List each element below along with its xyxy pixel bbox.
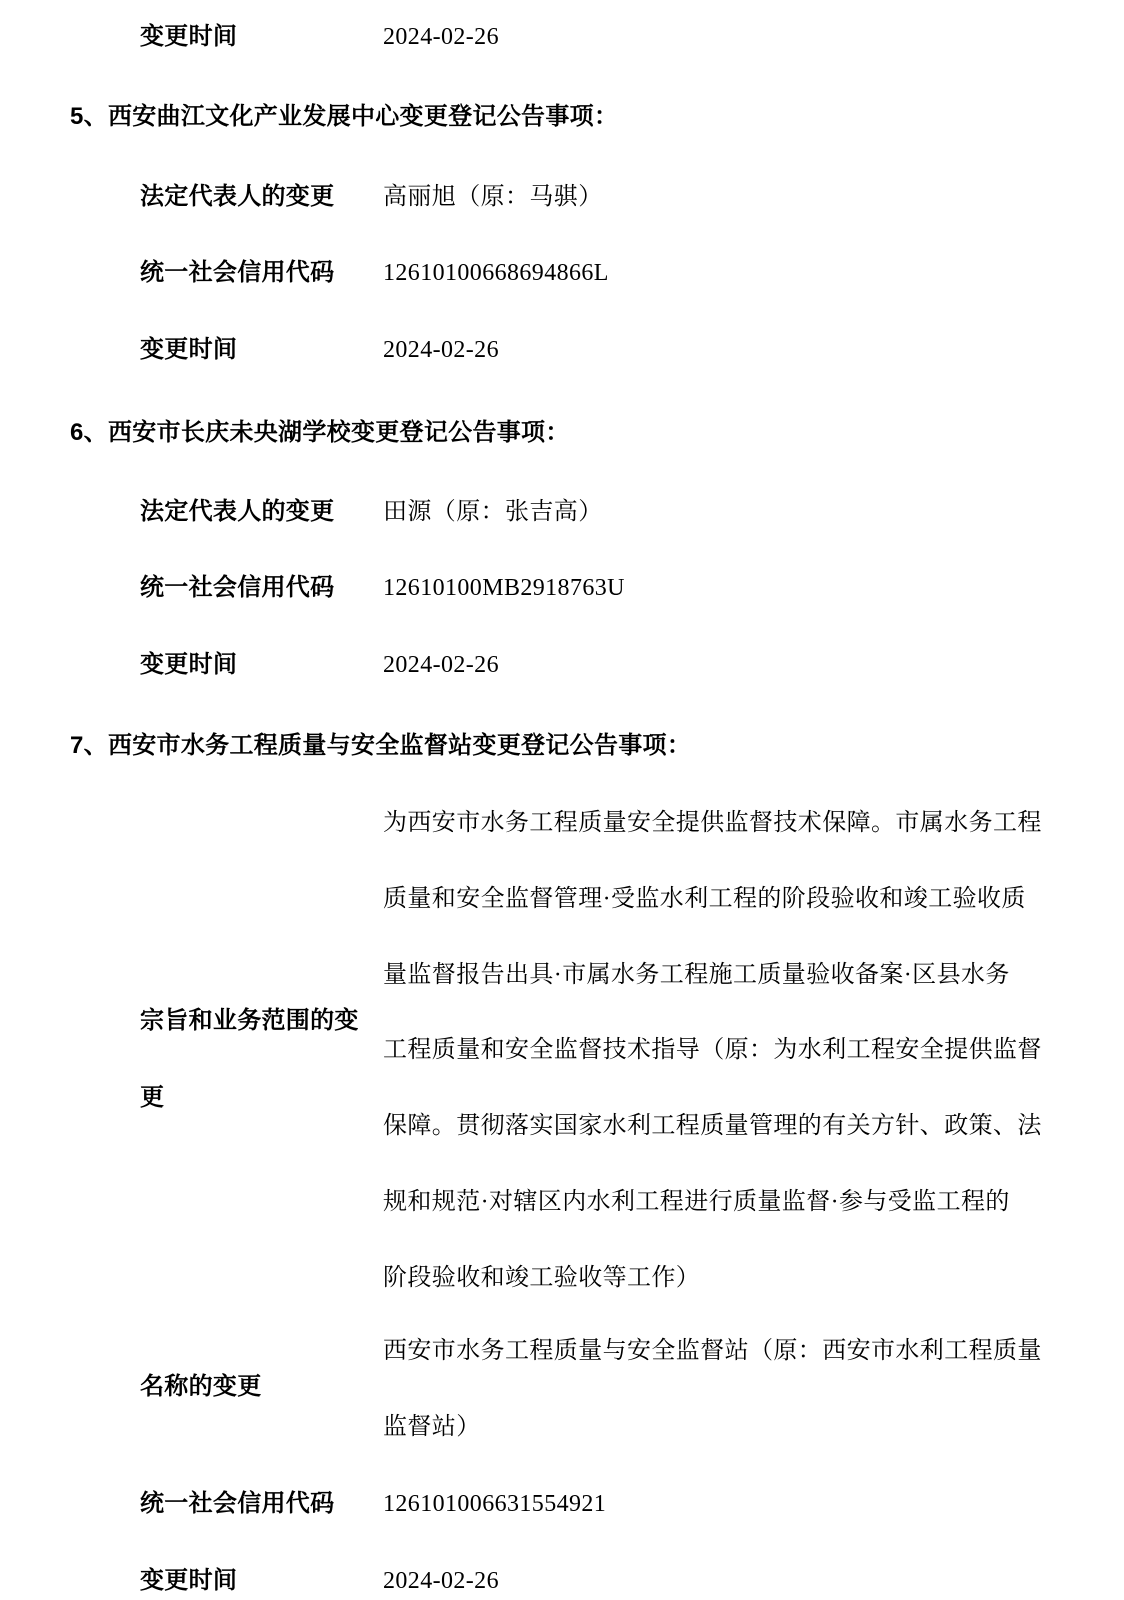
s7-change-time-value: 2024-02-26 (383, 1566, 499, 1596)
s5-credit-code-label: 统一社会信用代码 (140, 258, 334, 288)
section6-heading: 6、西安市长庆未央湖学校变更登记公告事项： (70, 418, 570, 448)
s6-credit-code-label: 统一社会信用代码 (140, 573, 334, 603)
section7-heading: 7、西安市水务工程质量与安全监督站变更登记公告事项： (70, 731, 691, 761)
s5-change-time-value: 2024-02-26 (383, 335, 499, 365)
s5-legal-rep-label: 法定代表人的变更 (140, 182, 334, 212)
section5-heading: 5、西安曲江文化产业发展中心变更登记公告事项： (70, 102, 618, 132)
s6-legal-rep-value: 田源（原：张吉高） (383, 497, 603, 527)
purpose-scope-label-line1: 宗旨和业务范围的变 (140, 1006, 359, 1036)
purpose-scope-value-line2: 质量和安全监督管理·受监水利工程的阶段验收和竣工验收质 (383, 884, 1026, 914)
s6-change-time-value: 2024-02-26 (383, 650, 499, 680)
s5-change-time-label: 变更时间 (140, 335, 237, 365)
s7-credit-code-value: 126101006631554921 (383, 1489, 606, 1519)
document-page: 变更时间 2024-02-26 5、西安曲江文化产业发展中心变更登记公告事项： … (0, 0, 1124, 1600)
s5-legal-rep-value: 高丽旭（原：马骐） (383, 182, 603, 212)
purpose-scope-value-line5: 保障。贯彻落实国家水利工程质量管理的有关方针、政策、法 (383, 1111, 1042, 1141)
purpose-scope-label-line2: 更 (140, 1083, 164, 1113)
s6-legal-rep-label: 法定代表人的变更 (140, 497, 334, 527)
purpose-scope-value-line6: 规和规范·对辖区内水利工程进行质量监督·参与受监工程的 (383, 1187, 1010, 1217)
purpose-scope-value-line7: 阶段验收和竣工验收等工作） (383, 1263, 700, 1293)
name-change-value-line2: 监督站） (383, 1412, 481, 1442)
change-time-value: 2024-02-26 (383, 22, 499, 52)
s5-credit-code-value: 12610100668694866L (383, 258, 609, 288)
s6-change-time-label: 变更时间 (140, 650, 237, 680)
s7-change-time-label: 变更时间 (140, 1566, 237, 1596)
name-change-value-line1: 西安市水务工程质量与安全监督站（原：西安市水利工程质量 (383, 1336, 1042, 1366)
name-change-label: 名称的变更 (140, 1372, 262, 1402)
purpose-scope-value-line3: 量监督报告出具·市属水务工程施工质量验收备案·区县水务 (383, 960, 1010, 990)
s7-credit-code-label: 统一社会信用代码 (140, 1489, 334, 1519)
s6-credit-code-value: 12610100MB2918763U (383, 573, 625, 603)
change-time-label: 变更时间 (140, 22, 237, 52)
purpose-scope-value-line1: 为西安市水务工程质量安全提供监督技术保障。市属水务工程 (383, 808, 1042, 838)
purpose-scope-value-line4: 工程质量和安全监督技术指导（原：为水利工程安全提供监督 (383, 1035, 1042, 1065)
